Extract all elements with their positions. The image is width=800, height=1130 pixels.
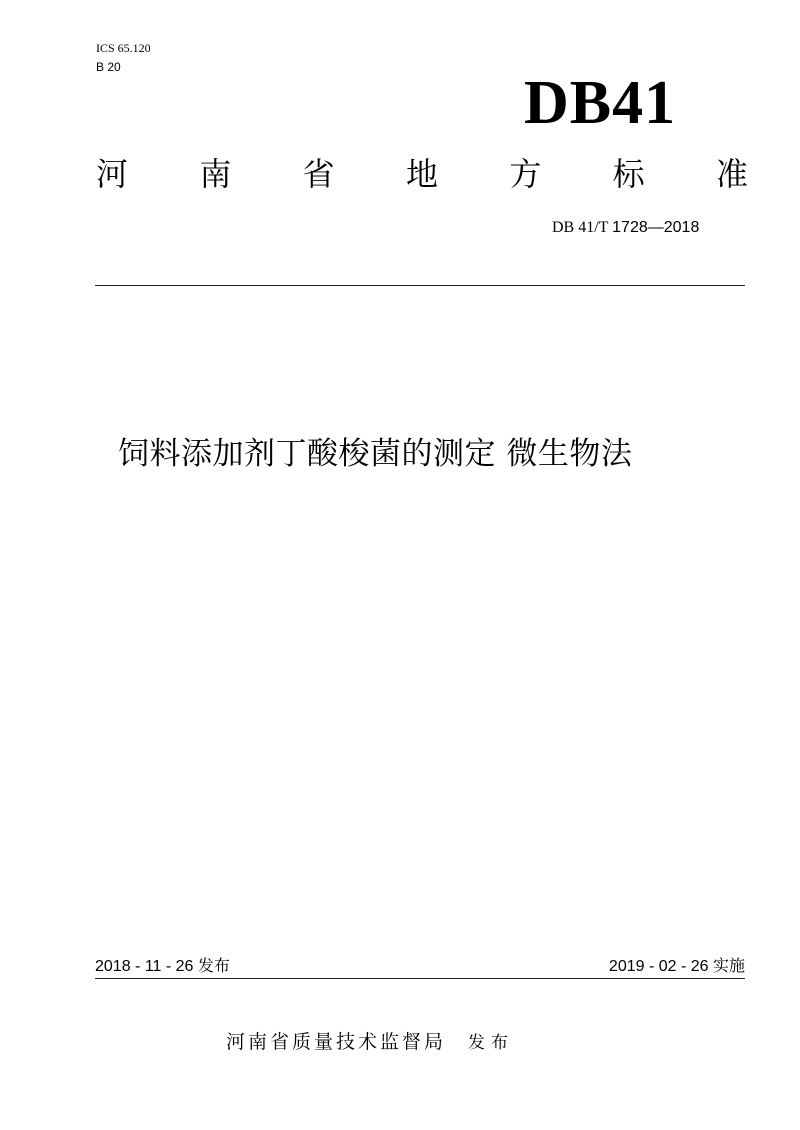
banner-char: 标 <box>613 154 645 194</box>
issuer-line: 河南省质量技术监督局发布 <box>226 1030 514 1055</box>
banner-char: 地 <box>406 154 438 194</box>
standard-number: DB 41/T 1728—2018 <box>552 218 699 238</box>
banner-char: 南 <box>199 154 231 194</box>
banner-char: 河 <box>96 154 128 194</box>
ccs-code: B 20 <box>96 60 121 74</box>
standard-logo: DB41 <box>524 72 676 134</box>
banner-char: 准 <box>716 154 748 194</box>
issuer-name: 河南省质量技术监督局 <box>226 1031 446 1053</box>
effective-date: 2019 - 02 - 26 实施 <box>609 957 745 977</box>
standard-number-prefix: DB 41/T <box>552 219 608 236</box>
bottom-divider <box>95 978 745 979</box>
standard-type-banner: 河 南 省 地 方 标 准 <box>96 154 748 194</box>
issuer-action: 发布 <box>468 1033 514 1053</box>
date-row: 2018 - 11 - 26 发布 2019 - 02 - 26 实施 <box>95 957 745 977</box>
issue-date: 2018 - 11 - 26 发布 <box>95 957 230 977</box>
top-divider <box>95 285 745 286</box>
standard-number-value: 1728—2018 <box>612 219 699 236</box>
banner-char: 省 <box>303 154 335 194</box>
ics-code: ICS 65.120 <box>96 41 151 55</box>
banner-char: 方 <box>509 154 541 194</box>
document-title: 饲料添加剂丁酸梭菌的测定 微生物法 <box>118 434 632 474</box>
